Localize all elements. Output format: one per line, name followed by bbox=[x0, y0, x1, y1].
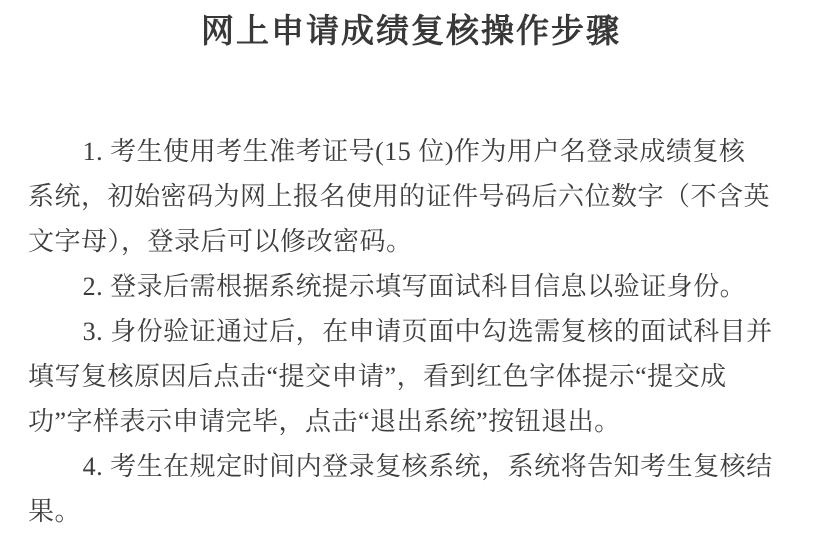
paragraph-step-1: 1. 考生使用考生准考证号(15 位)作为用户名登录成绩复核 系统，初始密码为网… bbox=[28, 129, 796, 264]
paragraph-step-3: 3. 身份验证通过后，在申请页面中勾选需复核的面试科目并 填写复核原因后点击“提… bbox=[28, 309, 796, 444]
paragraph-step-2: 2. 登录后需根据系统提示填写面试科目信息以验证身份。 bbox=[28, 264, 796, 309]
document-title: 网上申请成绩复核操作步骤 bbox=[0, 10, 822, 54]
score-review-instructions-document: 网上申请成绩复核操作步骤 1. 考生使用考生准考证号(15 位)作为用户名登录成… bbox=[0, 0, 822, 552]
text-line: 3. 身份验证通过后，在申请页面中勾选需复核的面试科目并 bbox=[28, 309, 796, 354]
text-line: 4. 考生在规定时间内登录复核系统，系统将告知考生复核结 bbox=[28, 444, 796, 489]
text-line: 功”字样表示申请完毕，点击“退出系统”按钮退出。 bbox=[28, 399, 796, 444]
paragraph-step-4: 4. 考生在规定时间内登录复核系统，系统将告知考生复核结 果。 bbox=[28, 444, 796, 534]
text-line: 填写复核原因后点击“提交申请”，看到红色字体提示“提交成 bbox=[28, 354, 796, 399]
text-line: 2. 登录后需根据系统提示填写面试科目信息以验证身份。 bbox=[28, 264, 796, 309]
text-line: 系统，初始密码为网上报名使用的证件号码后六位数字（不含英 bbox=[28, 174, 796, 219]
text-line: 文字母），登录后可以修改密码。 bbox=[28, 219, 796, 264]
text-line: 果。 bbox=[28, 489, 796, 534]
text-line: 1. 考生使用考生准考证号(15 位)作为用户名登录成绩复核 bbox=[28, 129, 796, 174]
document-body: 1. 考生使用考生准考证号(15 位)作为用户名登录成绩复核 系统，初始密码为网… bbox=[0, 129, 822, 534]
